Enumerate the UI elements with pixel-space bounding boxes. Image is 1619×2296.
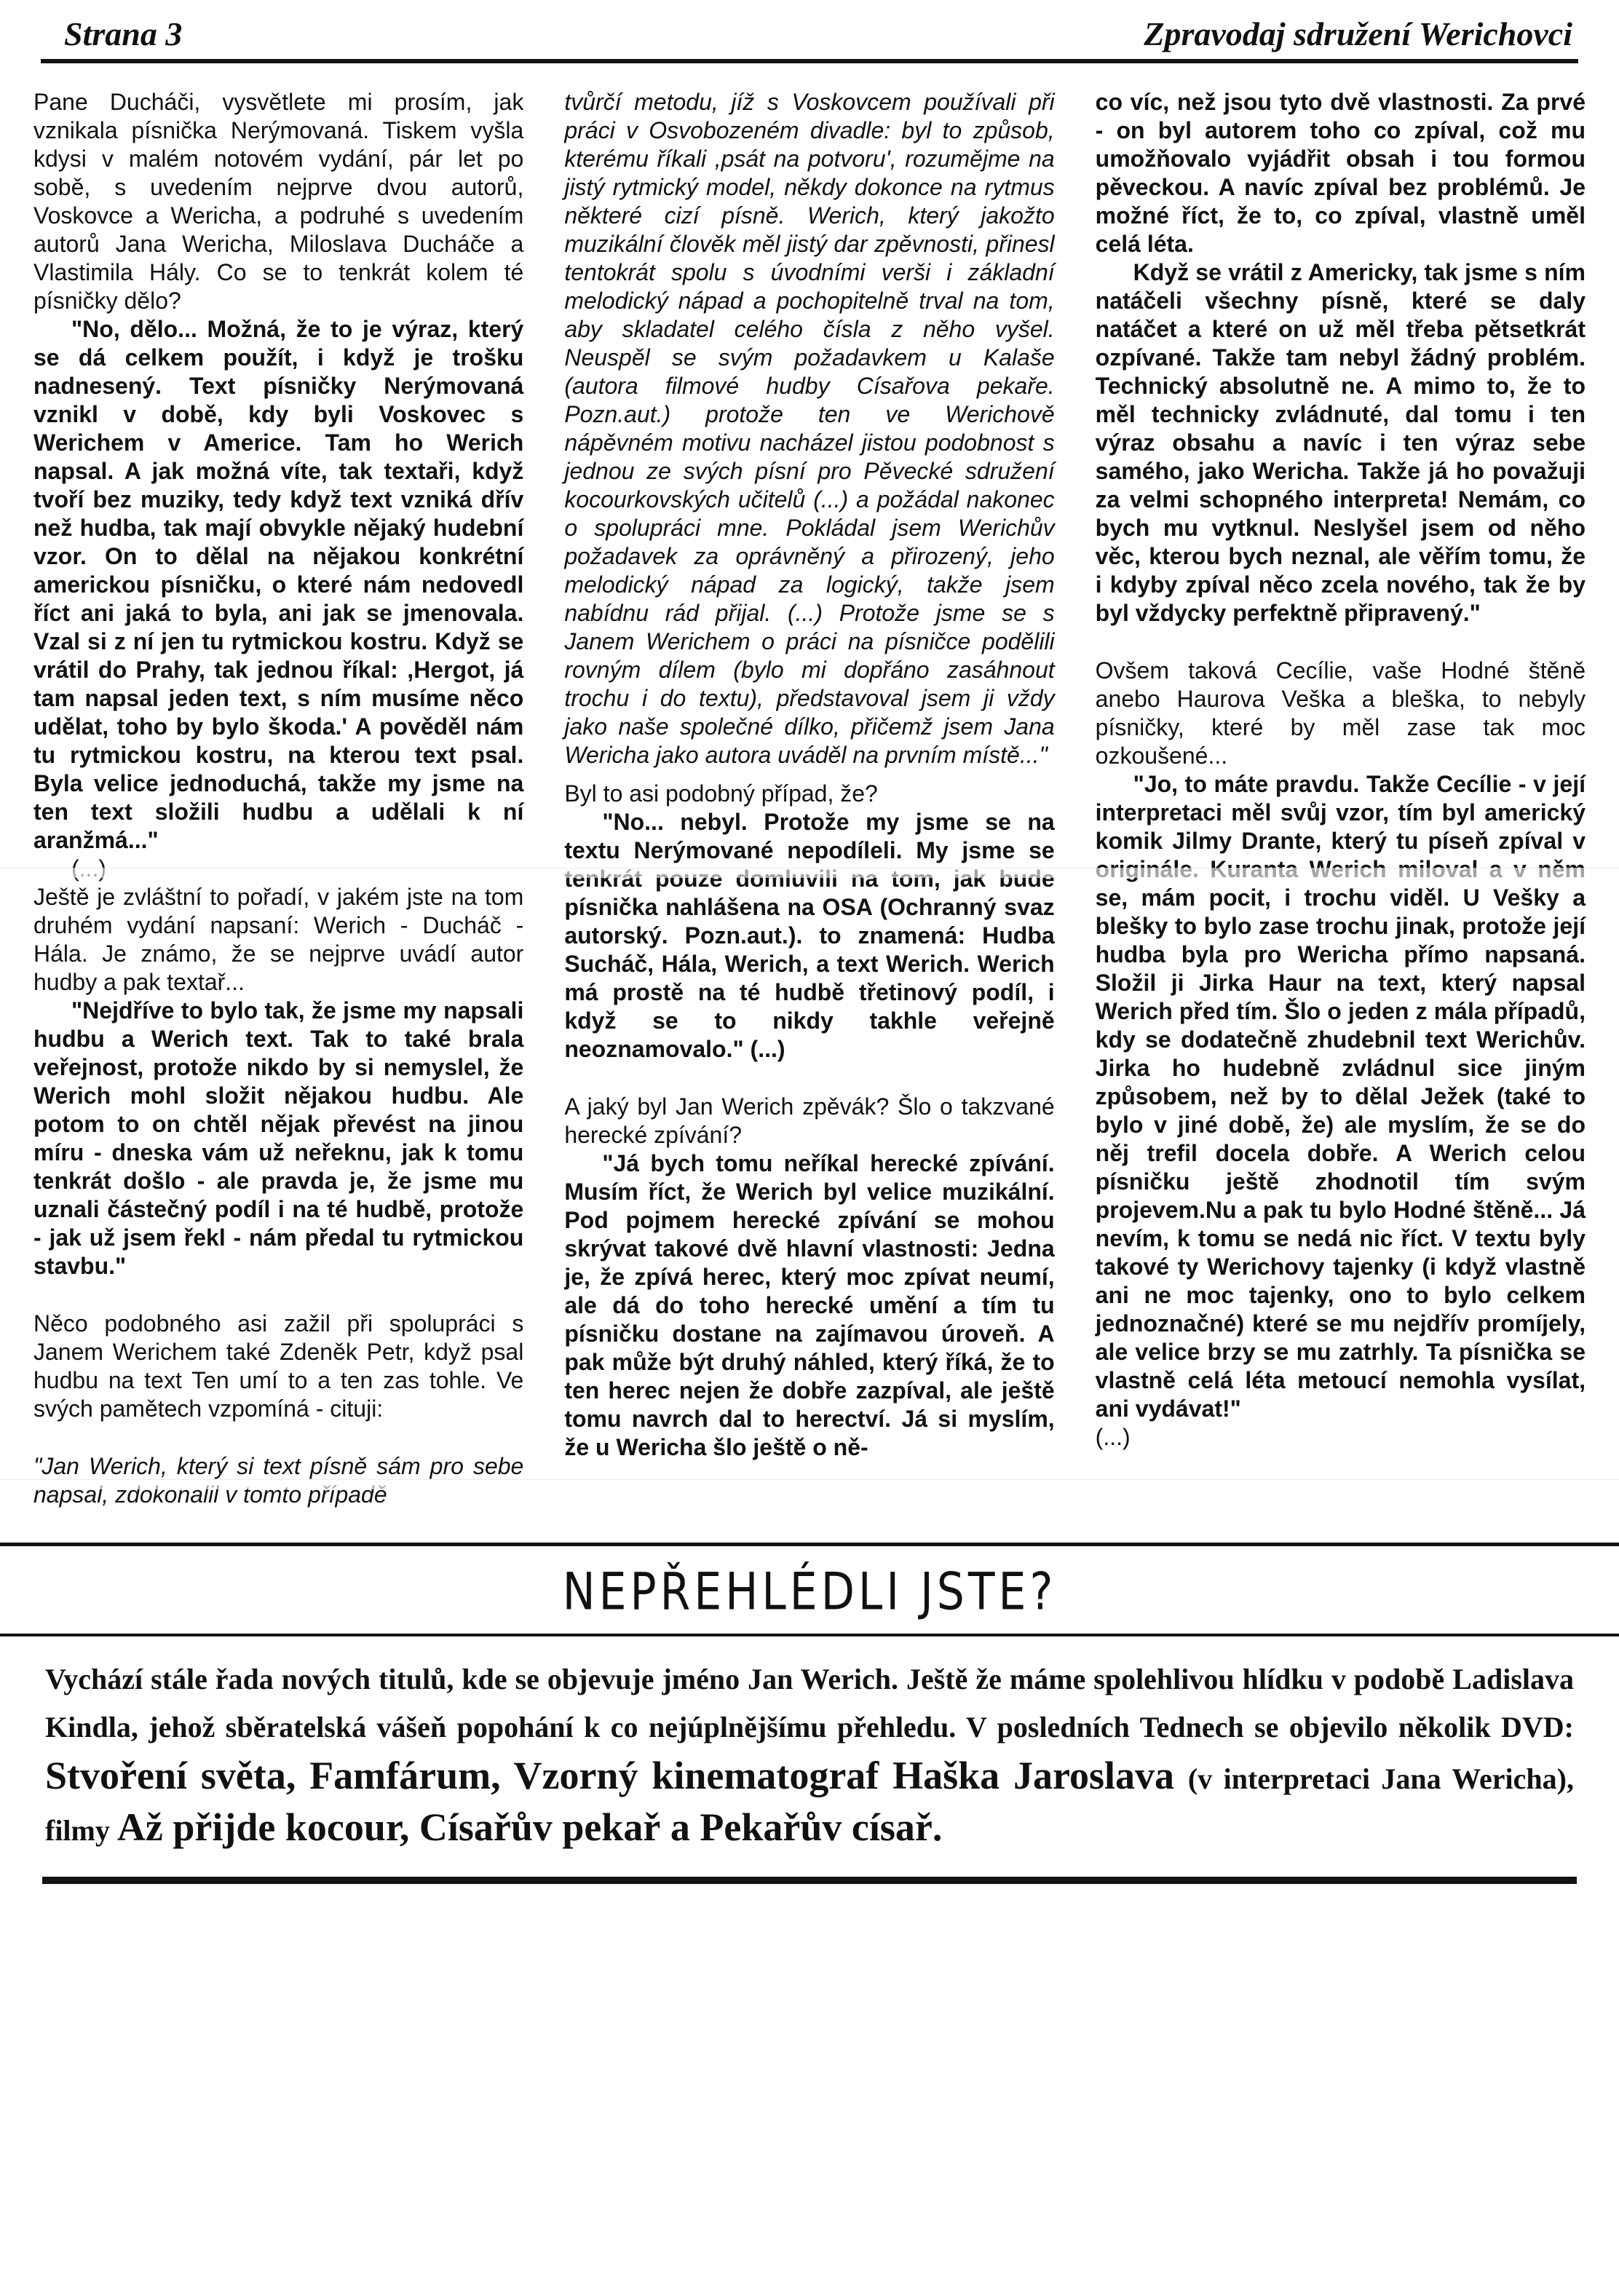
ellipsis-marker: (...)	[1096, 1423, 1586, 1452]
interview-answer: "Nejdříve to bylo tak, že jsme my napsal…	[33, 997, 523, 1280]
ellipsis-marker: (...)	[33, 855, 523, 883]
bottom-rule	[42, 1877, 1577, 1884]
interview-answer: co víc, než jsou tyto dvě vlastnosti. Za…	[1096, 88, 1586, 258]
interview-answer: "Já bych tomu neříkal herecké zpívání. M…	[564, 1149, 1054, 1462]
interview-question: A jaký byl Jan Werich zpěvák? Šlo o takz…	[564, 1093, 1054, 1149]
interview-answer: "Jo, to máte pravdu. Takže Cecílie - v j…	[1096, 770, 1586, 1423]
section-heading: NEPŘEHLÉDLI JSTE?	[563, 1561, 1057, 1622]
article-body: Pane Ducháči, vysvětlete mi prosím, jak …	[0, 63, 1619, 1509]
newsletter-title: Zpravodaj sdružení Werichovci	[1144, 16, 1572, 53]
footer-heading-band: NEPŘEHLÉDLI JSTE?	[0, 1543, 1619, 1636]
article-column-1: Pane Ducháči, vysvětlete mi prosím, jak …	[33, 88, 523, 1509]
interview-question: Byl to asi podobný případ, že?	[564, 780, 1054, 808]
footer-text-run: Vychází stále řada nových titulů, kde se…	[45, 1663, 1574, 1743]
page-number: Strana 3	[64, 16, 182, 53]
interview-answer: "No, dělo... Možná, že to je výraz, kter…	[33, 315, 523, 855]
interview-question: Pane Ducháči, vysvětlete mi prosím, jak …	[33, 88, 523, 315]
article-column-3: co víc, než jsou tyto dvě vlastnosti. Za…	[1096, 88, 1586, 1509]
footer-paragraph: Vychází stále řada nových titulů, kde se…	[45, 1655, 1574, 1855]
interview-question: Ještě je zvláštní to pořadí, v jakém jst…	[33, 883, 523, 997]
interview-question: Něco podobného asi zažil při spolupráci …	[33, 1310, 523, 1423]
interview-answer: "No... nebyl. Protože my jsme se na text…	[564, 808, 1054, 1064]
dvd-title-run: Stvoření světa, Famfárum, Vzorný kinemat…	[45, 1754, 1188, 1797]
interview-answer: Když se vrátil z Americky, tak jsme s ní…	[1096, 258, 1586, 628]
memoir-quote: tvůrčí metodu, jíž s Voskovcem používali…	[564, 88, 1054, 769]
page-header: Strana 3 Zpravodaj sdružení Werichovci	[0, 0, 1619, 53]
article-column-2: tvůrčí metodu, jíž s Voskovcem používali…	[564, 88, 1054, 1509]
memoir-quote: "Jan Werich, který si text písně sám pro…	[33, 1452, 523, 1509]
interview-question: Ovšem taková Cecílie, vaše Hodné štěně a…	[1096, 657, 1586, 770]
dvd-title-run: Až přijde kocour, Císařův pekař a Pekařů…	[117, 1805, 942, 1849]
